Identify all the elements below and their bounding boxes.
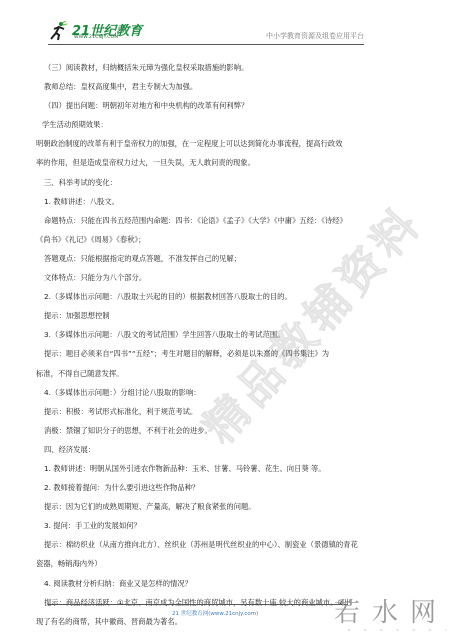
footer-link[interactable]: 21 世纪教育网(www.21cnjy.com) [172, 609, 258, 617]
section-heading: 三、科举考试的变化： [36, 173, 416, 192]
brand-subtitle: RUOSHUI [348, 628, 450, 632]
document-body: （三）阅读教材，归纳概括朱元璋为强化皇权采取措施的影响。 教师总结：皇权高度集中… [36, 58, 416, 631]
text-line: 答题观点：只能根据指定的观点答题，不准发挥自己的见解； [36, 249, 416, 268]
text-line: 提示：棉纺织业（从南方推向北方）、丝织业（苏州是明代丝织业的中心）、制瓷业（景德… [36, 535, 416, 554]
text-line: 3. 提问：手工业的发展如何？ [36, 516, 416, 535]
text-line: 2. 教师接着提问：为什么要引进这些作物品种？ [36, 478, 416, 497]
text-line: 率的作用，但是造成皇帝权力过大，一旦失误，无人敢问责的现象。 [36, 153, 416, 172]
text-line: 提示：因为它们的成熟周期短、产量高，解决了粮食紧张的问题。 [36, 497, 416, 516]
text-line: 教师总结：皇权高度集中，君主专制大为加强。 [36, 77, 416, 96]
text-line: 4. 阅读教材分析归纳：商业又是怎样的情况？ [36, 574, 416, 593]
footer-divider [48, 604, 348, 605]
text-line: 学生活动预期效果： [36, 115, 416, 134]
text-line: 4.（多媒体出示问题：）分组讨论八股取的影响： [36, 383, 416, 402]
brand-chars: 若水网 [334, 592, 448, 629]
text-line: 提示：题目必须来自“四书”“五经”；考生对题目的解释，必须是以朱熹的《四书集注》… [36, 344, 416, 363]
text-line: 瓷器，畅销海内外） [36, 554, 416, 573]
page-header: 21世纪教育 WWW.21CNJY.COM 中小学教育资源及组卷应用平台 [48, 18, 364, 44]
header-divider [48, 44, 364, 45]
logo-url: WWW.21CNJY.COM [74, 35, 118, 40]
header-tagline: 中小学教育资源及组卷应用平台 [266, 31, 364, 41]
text-line: 明朝政治制度的改革有利于皇帝权力的加强，在一定程度上可以达到简化办事流程，提高行… [36, 134, 416, 153]
text-line: 《尚书》《礼记》《周易》《春秋》； [36, 230, 416, 249]
text-line: 提示：加强思想控制 [36, 306, 416, 325]
text-line: （三）阅读教材，归纳概括朱元璋为强化皇权采取措施的影响。 [36, 58, 416, 77]
logo: 21世纪教育 WWW.21CNJY.COM [48, 18, 138, 42]
text-line: 提示：积极：考试形式标准化，利于规范考试。 [36, 402, 416, 421]
section-heading: 四、经济发展： [36, 440, 416, 459]
text-line: 文体特点：只能分为八个部分。 [36, 268, 416, 287]
text-line: 2.（多媒体出示问题：八股取士兴起的目的）根据教材回答八股取士的目的。 [36, 287, 416, 306]
text-line: 标准，不得自己随意发挥。 [36, 364, 416, 383]
text-line: 命题特点：只能在四书五经范围内命题：四书：《论语》《孟子》《大学》《中庸》五经：… [36, 211, 416, 230]
text-line: 1. 教师讲述：八股文。 [36, 192, 416, 211]
brand-watermark: 若水网 RUOSHUI [334, 592, 450, 636]
text-line: 3.（多媒体出示问题：八股文的考试范围）学生回答八股取士的考试范围。 [36, 325, 416, 344]
runner-logo-icon [48, 21, 68, 41]
text-line: 消极：禁锢了知识分子的思想，不利于社会的进步。 [36, 421, 416, 440]
text-line: （四）提出问题：明朝初年对地方和中央机构的改革有何利弊？ [36, 96, 416, 115]
text-line: 1. 教师讲述：明朝从国外引进农作物新品种：玉米、甘薯、马铃薯、花生、向日葵 等… [36, 459, 416, 478]
